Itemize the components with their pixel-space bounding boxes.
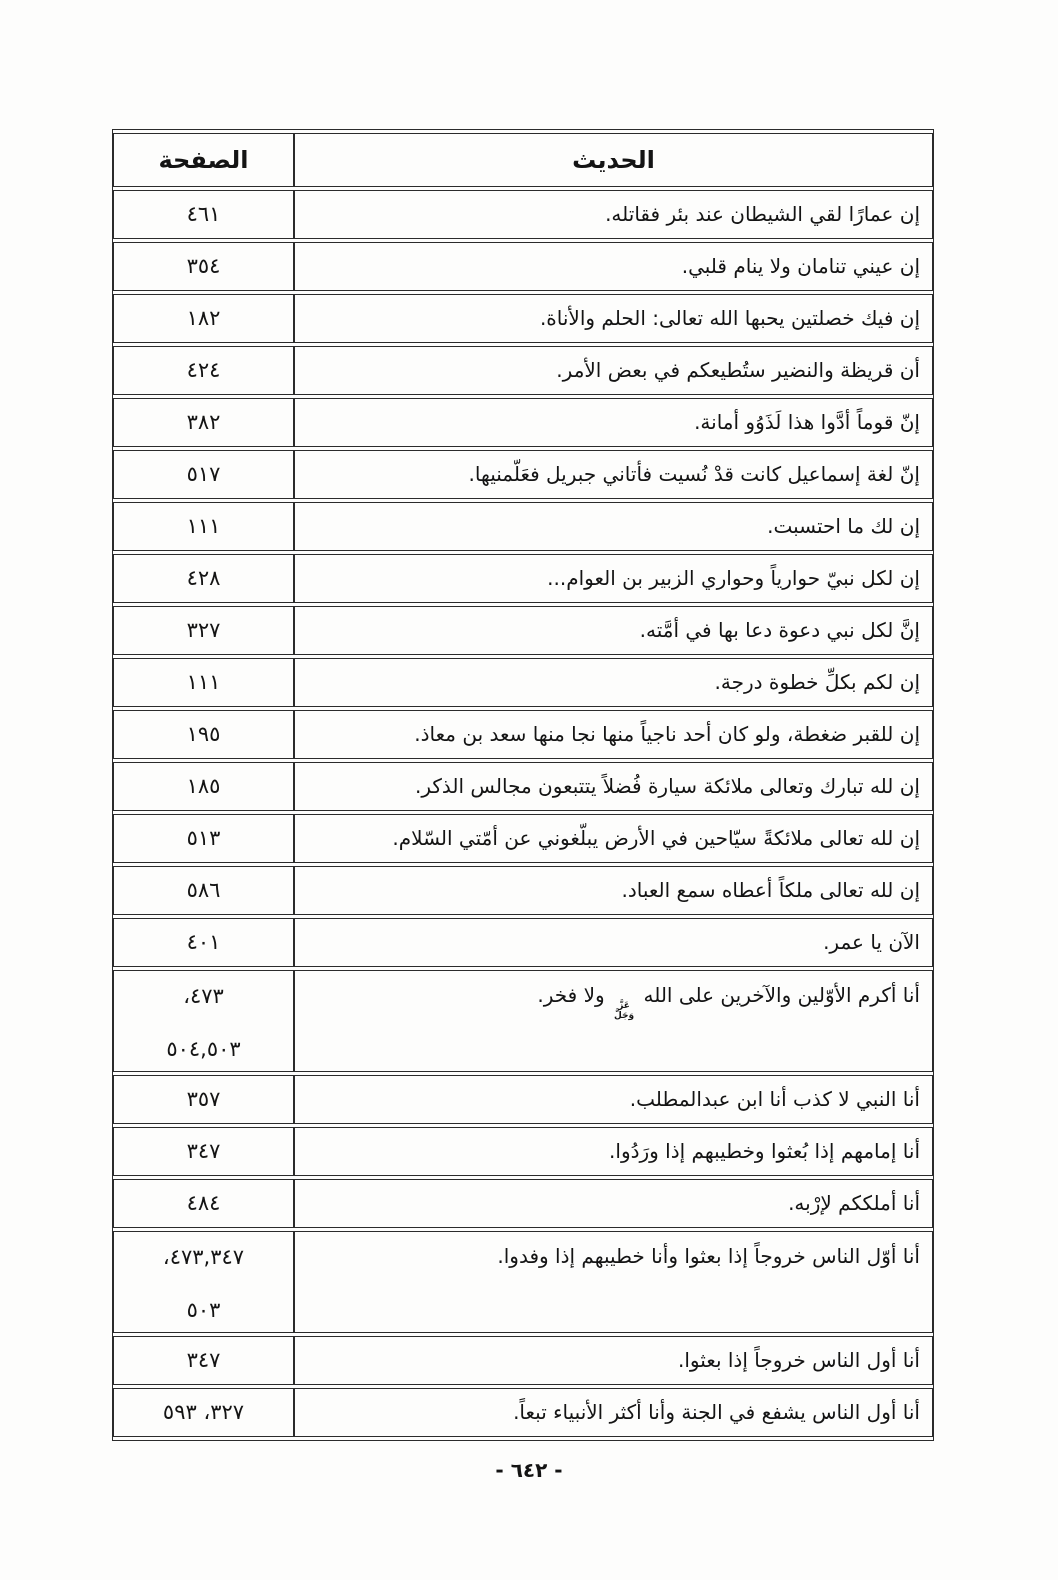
page-number-line: ٤٢٤ bbox=[118, 359, 289, 382]
hadith-text: أنا أملككم لإرْبه. bbox=[294, 1179, 933, 1228]
hadith-text: إن لكم بكلِّ خطوة درجة. bbox=[294, 658, 933, 707]
page-number-line: ٥٠٤,٥٠٣ bbox=[118, 1038, 289, 1061]
document-page: الحديث الصفحة إن عمارًا لقي الشيطان عند … bbox=[0, 0, 1058, 1580]
page-number-line: ١٩٥ bbox=[118, 723, 289, 746]
hadith-text-pre: أنا أكرم الأوّلين والآخرين على الله bbox=[637, 983, 920, 1007]
hadith-text: أنا أول الناس يشفع في الجنة وأنا أكثر ال… bbox=[294, 1388, 933, 1437]
hadith-text: إن لله تبارك وتعالى ملائكة سيارة فُضلاً … bbox=[294, 762, 933, 811]
table-header: الحديث الصفحة bbox=[113, 133, 933, 187]
page-numbers: ٤٠١ bbox=[113, 918, 294, 967]
table-row: أنا أملككم لإرْبه. ٤٨٤ bbox=[113, 1179, 933, 1228]
table-row: إن لله تعالى ملكاً أعطاه سمع العباد. ٥٨٦ bbox=[113, 866, 933, 915]
header-hadith: الحديث bbox=[294, 133, 933, 187]
page-number-line: ٣٥٤ bbox=[118, 255, 289, 278]
table-row: إن عيني تنامان ولا ينام قلبي. ٣٥٤ bbox=[113, 242, 933, 291]
page-numbers: ٣٤٧ bbox=[113, 1127, 294, 1176]
table-row: إنّ قوماً أدَّوا هذا لَذَوُو أمانة. ٣٨٢ bbox=[113, 398, 933, 447]
page-number: - ٦٤٢ - bbox=[0, 1458, 1058, 1482]
header-row: الحديث الصفحة bbox=[113, 133, 933, 187]
hadith-text: أنا أكرم الأوّلين والآخرين على الله عَزَ… bbox=[294, 970, 933, 1072]
hadith-text: إن عيني تنامان ولا ينام قلبي. bbox=[294, 242, 933, 291]
hadith-text: إنّ قوماً أدَّوا هذا لَذَوُو أمانة. bbox=[294, 398, 933, 447]
table-row: إنَّ لكل نبي دعوة دعا بها في أمَّته. ٣٢٧ bbox=[113, 606, 933, 655]
page-number-line: ٤٧٣,٣٤٧، bbox=[118, 1246, 289, 1269]
page-number-line: ١٨٢ bbox=[118, 307, 289, 330]
page-numbers: ١٩٥ bbox=[113, 710, 294, 759]
table-row: أنا أوّل الناس خروجاً إذا بعثوا وأنا خطي… bbox=[113, 1231, 933, 1333]
page-numbers: ٥١٣ bbox=[113, 814, 294, 863]
table-body: إن عمارًا لقي الشيطان عند بئر فقاتله. ٤٦… bbox=[113, 190, 933, 1437]
table-row: إن فيك خصلتين يحبها الله تعالى: الحلم وا… bbox=[113, 294, 933, 343]
page-numbers: ٤٦١ bbox=[113, 190, 294, 239]
page-number-line: ٣٤٧ bbox=[118, 1140, 289, 1163]
hadith-text: إن فيك خصلتين يحبها الله تعالى: الحلم وا… bbox=[294, 294, 933, 343]
page-numbers: ٤٧٣,٣٤٧،٥٠٣ bbox=[113, 1231, 294, 1333]
hadith-text: إن لله تعالى ملائكةً سيّاحين في الأرض يب… bbox=[294, 814, 933, 863]
page-number-line: ١٨٥ bbox=[118, 775, 289, 798]
hadith-index-table: الحديث الصفحة إن عمارًا لقي الشيطان عند … bbox=[112, 129, 934, 1441]
page-number-line: ٤٠١ bbox=[118, 931, 289, 954]
azza-wa-jall-honorific: عَزَّوَجَلَّ bbox=[614, 1001, 634, 1022]
table-row: أنا أول الناس خروجاً إذا بعثوا. ٣٤٧ bbox=[113, 1336, 933, 1385]
table-row: إن لله تبارك وتعالى ملائكة سيارة فُضلاً … bbox=[113, 762, 933, 811]
table-row: إنّ لغة إسماعيل كانت قدْ نُسيت فأتاني جب… bbox=[113, 450, 933, 499]
page-number-line: ٥١٣ bbox=[118, 827, 289, 850]
page-numbers: ٤٨٤ bbox=[113, 1179, 294, 1228]
page-number-line: ٤٨٤ bbox=[118, 1192, 289, 1215]
table-row: الآن يا عمر. ٤٠١ bbox=[113, 918, 933, 967]
page-numbers: ٥١٧ bbox=[113, 450, 294, 499]
table-row: أنا إمامهم إذا بُعثوا وخطيبهم إذا ورَدُو… bbox=[113, 1127, 933, 1176]
hadith-text: أنا إمامهم إذا بُعثوا وخطيبهم إذا ورَدُو… bbox=[294, 1127, 933, 1176]
page-number-line: ٣٥٧ bbox=[118, 1088, 289, 1111]
page-number-line: ٣٢٧ bbox=[118, 619, 289, 642]
hadith-text: أنا أوّل الناس خروجاً إذا بعثوا وأنا خطي… bbox=[294, 1231, 933, 1333]
page-numbers: ٤٧٣،٥٠٤,٥٠٣ bbox=[113, 970, 294, 1072]
table-row: إن لكم بكلِّ خطوة درجة. ١١١ bbox=[113, 658, 933, 707]
page-numbers: ١٨٥ bbox=[113, 762, 294, 811]
hadith-text: إنَّ لكل نبي دعوة دعا بها في أمَّته. bbox=[294, 606, 933, 655]
page-number-line: ٤٦١ bbox=[118, 203, 289, 226]
page-number-line: ٣٤٧ bbox=[118, 1349, 289, 1372]
table-row: أن قريظة والنضير ستُطيعكم في بعض الأمر. … bbox=[113, 346, 933, 395]
hadith-text: إن للقبر ضغطة، ولو كان أحد ناجياً منها ن… bbox=[294, 710, 933, 759]
hadith-text: أن قريظة والنضير ستُطيعكم في بعض الأمر. bbox=[294, 346, 933, 395]
page-numbers: ٤٢٨ bbox=[113, 554, 294, 603]
table-row: أنا أكرم الأوّلين والآخرين على الله عَزَ… bbox=[113, 970, 933, 1072]
page-number-line: ٣٨٢ bbox=[118, 411, 289, 434]
table-row: أنا النبي لا كذب أنا ابن عبدالمطلب. ٣٥٧ bbox=[113, 1075, 933, 1124]
table-row: إن للقبر ضغطة، ولو كان أحد ناجياً منها ن… bbox=[113, 710, 933, 759]
page-numbers: ١٨٢ bbox=[113, 294, 294, 343]
page-numbers: ٣٤٧ bbox=[113, 1336, 294, 1385]
hadith-text: إن لله تعالى ملكاً أعطاه سمع العباد. bbox=[294, 866, 933, 915]
page-number-line: ٥٨٦ bbox=[118, 879, 289, 902]
hadith-text: الآن يا عمر. bbox=[294, 918, 933, 967]
page-numbers: ١١١ bbox=[113, 658, 294, 707]
page-numbers: ٣٢٧ bbox=[113, 606, 294, 655]
hadith-text: أنا أول الناس خروجاً إذا بعثوا. bbox=[294, 1336, 933, 1385]
hadith-text: إن لكل نبيّ حوارياً وحواري الزبير بن الع… bbox=[294, 554, 933, 603]
page-numbers: ٣٥٧ bbox=[113, 1075, 294, 1124]
table-row: أنا أول الناس يشفع في الجنة وأنا أكثر ال… bbox=[113, 1388, 933, 1437]
table-row: إن لك ما احتسبت. ١١١ bbox=[113, 502, 933, 551]
page-numbers: ٣٢٧، ٥٩٣ bbox=[113, 1388, 294, 1437]
page-numbers: ١١١ bbox=[113, 502, 294, 551]
page-number-line: ٤٢٨ bbox=[118, 567, 289, 590]
page-number-line: ٥١٧ bbox=[118, 463, 289, 486]
page-number-line: ١١١ bbox=[118, 515, 289, 538]
hadith-text: إن عمارًا لقي الشيطان عند بئر فقاتله. bbox=[294, 190, 933, 239]
page-number-line: ٥٠٣ bbox=[118, 1299, 289, 1322]
hadith-text-post: ولا فخر. bbox=[537, 983, 611, 1007]
page-numbers: ٤٢٤ bbox=[113, 346, 294, 395]
page-numbers: ٥٨٦ bbox=[113, 866, 294, 915]
hadith-text: إن لك ما احتسبت. bbox=[294, 502, 933, 551]
page-numbers: ٣٨٢ bbox=[113, 398, 294, 447]
table-row: إن عمارًا لقي الشيطان عند بئر فقاتله. ٤٦… bbox=[113, 190, 933, 239]
header-page: الصفحة bbox=[113, 133, 294, 187]
page-number-line: ٤٧٣، bbox=[118, 985, 289, 1008]
table-row: إن لله تعالى ملائكةً سيّاحين في الأرض يب… bbox=[113, 814, 933, 863]
hadith-text: أنا النبي لا كذب أنا ابن عبدالمطلب. bbox=[294, 1075, 933, 1124]
page-numbers: ٣٥٤ bbox=[113, 242, 294, 291]
table-row: إن لكل نبيّ حوارياً وحواري الزبير بن الع… bbox=[113, 554, 933, 603]
page-number-line: ٣٢٧، ٥٩٣ bbox=[118, 1401, 289, 1424]
page-number-line: ١١١ bbox=[118, 671, 289, 694]
hadith-text: إنّ لغة إسماعيل كانت قدْ نُسيت فأتاني جب… bbox=[294, 450, 933, 499]
